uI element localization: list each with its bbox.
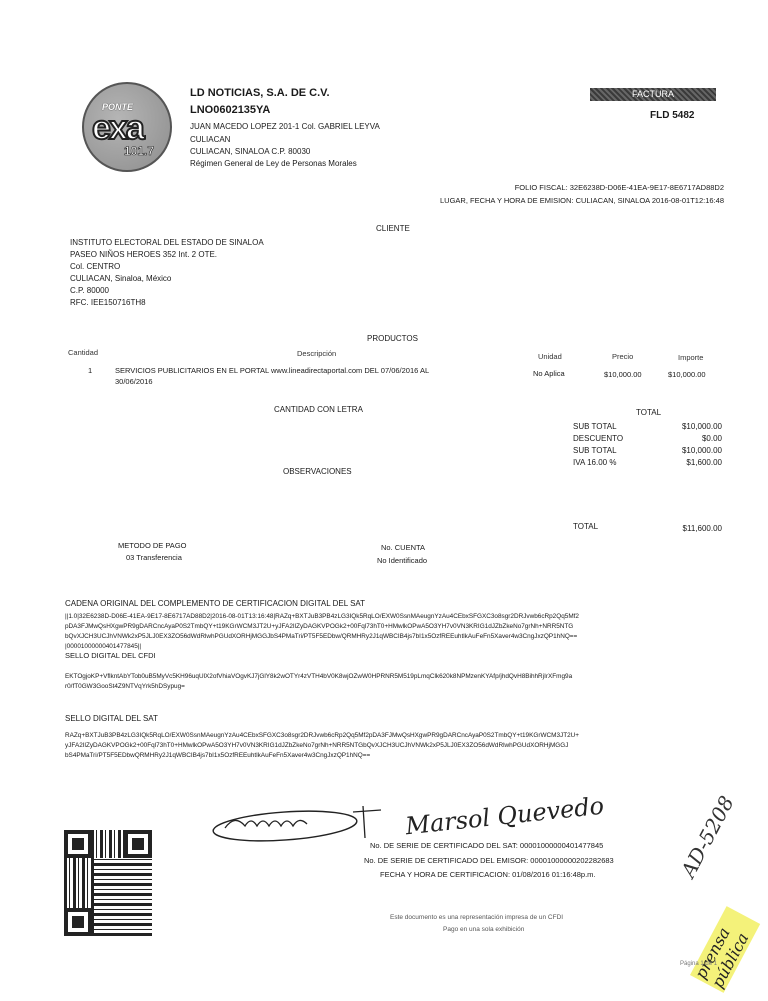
sello-sat-line3: bS4PMaTri/PT5F5EDbwQRMHRy2J1qWBCIB4js7bI… bbox=[65, 751, 370, 761]
cert-datetime: FECHA Y HORA DE CERTIFICACION: 01/08/201… bbox=[380, 870, 596, 879]
total-value: $11,600.00 bbox=[683, 524, 722, 533]
handwritten-annotation-code: AD-5208 bbox=[676, 792, 739, 881]
doc-type-badge: FACTURA bbox=[590, 88, 716, 101]
issuer-address-line2: CULIACAN bbox=[190, 135, 230, 144]
products-section-label: PRODUCTOS bbox=[367, 334, 418, 343]
client-postal: C.P. 80000 bbox=[70, 286, 109, 295]
sat-cert-serial: No. DE SERIE DE CERTIFICADO DEL SAT: 000… bbox=[370, 841, 603, 850]
payment-method-label: METODO DE PAGO bbox=[118, 541, 186, 550]
folio-fiscal: FOLIO FISCAL: 32E6238D-D06E-41EA-9E17-8E… bbox=[515, 183, 724, 192]
amount-in-words-label: CANTIDAD CON LETRA bbox=[274, 405, 363, 414]
cadena-original-line3: bQvXJCH3UCJhVNWk2xP5JLJ0EX3ZO56dWdRlwhPG… bbox=[65, 632, 577, 642]
col-unidad: Unidad bbox=[538, 352, 562, 361]
client-address-line3: CULIACAN, Sinaloa, México bbox=[70, 274, 171, 283]
total-label: TOTAL bbox=[573, 522, 598, 531]
row-descripcion-line1: SERVICIOS PUBLICITARIOS EN EL PORTAL www… bbox=[115, 366, 429, 375]
observations-label: OBSERVACIONES bbox=[283, 467, 352, 476]
iva-value: $1,600.00 bbox=[686, 458, 722, 467]
issuer-regime: Régimen General de Ley de Personas Moral… bbox=[190, 159, 357, 168]
handwritten-highlighted-note: prensa pública bbox=[690, 906, 760, 993]
client-section-label: CLIENTE bbox=[376, 224, 410, 233]
sello-sat-line2: yJFA2IlZyDAGKVPOGk2+00Fql73hT0+HMwlkOPwA… bbox=[65, 741, 568, 751]
issue-place-date: LUGAR, FECHA Y HORA DE EMISION: CULIACAN… bbox=[440, 196, 724, 205]
exa-logo: PONTE exa 101.7 bbox=[82, 82, 172, 172]
client-address-line1: PASEO NIÑOS HEROES 352 Int. 2 OTE. bbox=[70, 250, 217, 259]
client-name: INSTITUTO ELECTORAL DEL ESTADO DE SINALO… bbox=[70, 238, 264, 247]
discount-value: $0.00 bbox=[702, 434, 722, 443]
cadena-original-line2: pDA3FJMwQsHXgwPR9gDARCncAyaP0S2TmbQY+t19… bbox=[65, 622, 573, 632]
logo-brand-text: exa bbox=[92, 109, 143, 148]
sello-cfdi-line2: r0/fT0GW3GooSt4Z9NTVqYrk5hDSypug= bbox=[65, 682, 185, 692]
col-cantidad: Cantidad bbox=[68, 348, 98, 357]
sello-sat-line1: RAZq+BXTJuB3PB4zLG3IQk5RqLO/EXW0SsnMAeug… bbox=[65, 731, 579, 741]
discount-label: DESCUENTO bbox=[573, 434, 623, 443]
totals-header: TOTAL bbox=[636, 408, 661, 417]
signature-scribble bbox=[205, 798, 395, 848]
issuer-rfc: LNO0602135YA bbox=[190, 104, 270, 116]
issuer-cert-serial: No. DE SERIE DE CERTIFICADO DEL EMISOR: … bbox=[364, 856, 614, 865]
subtotal2-value: $10,000.00 bbox=[682, 446, 722, 455]
cadena-original-line1: ||1.0|32E6238D-D06E-41EA-9E17-8E6717AD88… bbox=[65, 612, 579, 622]
row-precio: $10,000.00 bbox=[604, 370, 642, 379]
col-descripcion: Descripción bbox=[297, 349, 336, 358]
client-address-line2: Col. CENTRO bbox=[70, 262, 120, 271]
footer-note-line2: Pago en una sola exhibición bbox=[443, 926, 524, 933]
page-number: Página 1 de 1 bbox=[680, 961, 717, 967]
row-unidad: No Aplica bbox=[533, 369, 565, 378]
account-value: No Identificado bbox=[377, 556, 427, 565]
client-rfc: RFC. IEE150716TH8 bbox=[70, 298, 146, 307]
iva-label: IVA 16.00 % bbox=[573, 458, 616, 467]
subtotal-value: $10,000.00 bbox=[682, 422, 722, 431]
issuer-address-line3: CULIACAN, SINALOA C.P. 80030 bbox=[190, 147, 310, 156]
account-label: No. CUENTA bbox=[381, 543, 425, 552]
row-cantidad: 1 bbox=[88, 366, 92, 375]
row-descripcion-line2: 30/06/2016 bbox=[115, 377, 153, 386]
sello-cfdi-line1: EKTOgjoKP+VflkntAbYTob0uB5MyVc5KH96uqUlX… bbox=[65, 672, 572, 682]
col-importe: Importe bbox=[678, 353, 703, 362]
subtotal2-label: SUB TOTAL bbox=[573, 446, 617, 455]
sello-sat-label: SELLO DIGITAL DEL SAT bbox=[65, 714, 158, 723]
footer-note-line1: Este documento es una representación imp… bbox=[390, 914, 563, 921]
issuer-name: LD NOTICIAS, S.A. DE C.V. bbox=[190, 87, 330, 99]
row-importe: $10,000.00 bbox=[668, 370, 706, 379]
cadena-original-label: CADENA ORIGINAL DEL COMPLEMENTO DE CERTI… bbox=[65, 599, 365, 608]
sello-cfdi-label: SELLO DIGITAL DEL CFDI bbox=[65, 651, 156, 660]
col-precio: Precio bbox=[612, 352, 633, 361]
folio-number: FLD 5482 bbox=[650, 110, 694, 121]
logo-frequency: 101.7 bbox=[124, 144, 154, 158]
subtotal-label: SUB TOTAL bbox=[573, 422, 617, 431]
payment-method-value: 03 Transferencia bbox=[126, 553, 182, 562]
qr-code bbox=[64, 830, 152, 936]
issuer-address-line1: JUAN MACEDO LOPEZ 201-1 Col. GABRIEL LEY… bbox=[190, 122, 380, 131]
handwritten-signature-name: Marsol Quevedo bbox=[404, 792, 605, 841]
